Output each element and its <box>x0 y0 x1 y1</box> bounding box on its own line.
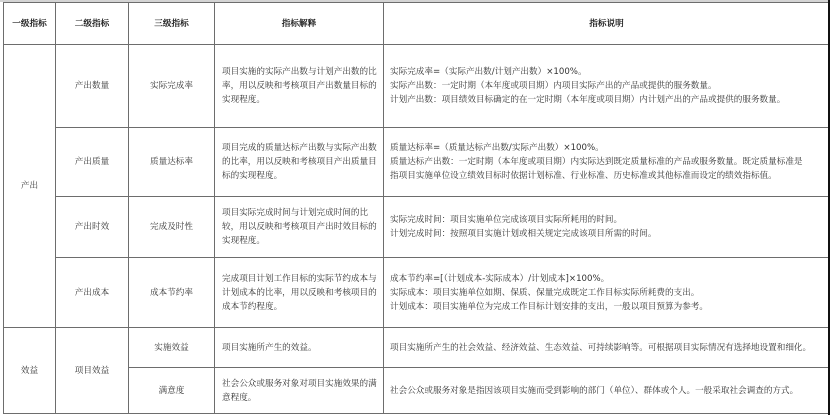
table-row: 产出成本 成本节约率 完成项目计划工作目标的实际节约成本与计划成本的比率，用以反… <box>4 258 830 328</box>
explanation-cell: 完成项目计划工作目标的实际节约成本与计划成本的比率，用以反映和考核项目的成本节约… <box>215 258 384 328</box>
explanation-cell: 项目完成的质量达标产出数与实际产出数的比率，用以反映和考核项目产出质量目标的实现… <box>215 128 384 197</box>
notes-cell: 成本节约率=[（计划成本-实际成本）/计划成本]×100%。 实际成本：项目实施… <box>384 258 830 328</box>
note-line: 计划成本：项目实施单位为完成工作目标计划安排的支出，一般以项目预算为参考。 <box>390 300 824 314</box>
level3-cell: 完成及时性 <box>129 197 215 258</box>
explanation-cell: 项目实施所产生的效益。 <box>215 328 384 368</box>
level2-cell: 项目效益 <box>56 328 129 414</box>
notes-cell: 质量达标率=（质量达标产出数/实际产出数）×100%。 质量达标产出数：一定时期… <box>384 128 830 197</box>
header-explanation: 指标解释 <box>215 3 384 45</box>
level2-cell: 产出数量 <box>56 45 129 128</box>
note-line: 实际产出数：一定时期（本年度或项目期）内项目实际产出的产品或提供的服务数量。 <box>390 79 824 93</box>
note-line: 指项目实施单位设立绩效目标时依据计划标准、行业标准、历史标准或其他标准而设定的绩… <box>390 169 824 183</box>
level1-cell-benefit: 效益 <box>4 328 56 414</box>
note-line: 成本节约率=[（计划成本-实际成本）/计划成本]×100%。 <box>390 272 824 286</box>
table-row: 产出质量 质量达标率 项目完成的质量达标产出数与实际产出数的比率，用以反映和考核… <box>4 128 830 197</box>
header-row: 一级指标 二级指标 三级指标 指标解释 指标说明 <box>4 3 830 45</box>
notes-cell: 实际完成时间：项目实施单位完成该项目实际所耗用的时间。 计划完成时间：按照项目实… <box>384 197 830 258</box>
explanation-cell: 项目实际完成时间与计划完成时间的比较，用以反映和考核项目产出时效目标的实现程度。 <box>215 197 384 258</box>
explanation-cell: 项目实施的实际产出数与计划产出数的比率，用以反映和考核项目产出数量目标的实现程度… <box>215 45 384 128</box>
level2-cell: 产出质量 <box>56 128 129 197</box>
note-line: 计划产出数：项目绩效目标确定的在一定时期（本年度或项目期）内计划产出的产品或提供… <box>390 93 824 107</box>
level1-cell-output: 产出 <box>4 45 56 328</box>
note-line: 计划完成时间：按照项目实施计划或相关规定完成该项目所需的时间。 <box>390 227 824 241</box>
note-line: 实际完成时间：项目实施单位完成该项目实际所耗用的时间。 <box>390 213 824 227</box>
table-row: 效益 项目效益 实施效益 项目实施所产生的效益。 项目实施所产生的社会效益、经济… <box>4 328 830 368</box>
note-line: 质量达标产出数：一定时期（本年度或项目期）内实际达到既定质量标准的产品或服务数量… <box>390 155 824 169</box>
notes-cell: 社会公众或服务对象是指因该项目实施而受到影响的部门（单位）、群体或个人。一般采取… <box>384 368 830 414</box>
notes-cell: 实际完成率=（实际产出数/计划产出数）×100%。 实际产出数：一定时期（本年度… <box>384 45 830 128</box>
level3-cell: 质量达标率 <box>129 128 215 197</box>
explanation-cell: 社会公众或服务对象对项目实施效果的满意程度。 <box>215 368 384 414</box>
note-line: 实际成本：项目实施单位如期、保质、保量完成既定工作目标实际所耗费的支出。 <box>390 286 824 300</box>
level3-cell: 满意度 <box>129 368 215 414</box>
level2-cell: 产出时效 <box>56 197 129 258</box>
note-line: 质量达标率=（质量达标产出数/实际产出数）×100%。 <box>390 141 824 155</box>
table-row: 产出 产出数量 实际完成率 项目实施的实际产出数与计划产出数的比率，用以反映和考… <box>4 45 830 128</box>
performance-indicator-table: 一级指标 二级指标 三级指标 指标解释 指标说明 产出 产出数量 实际完成率 项… <box>3 2 830 414</box>
header-level2: 二级指标 <box>56 3 129 45</box>
table-row: 产出时效 完成及时性 项目实际完成时间与计划完成时间的比较，用以反映和考核项目产… <box>4 197 830 258</box>
note-line: 实际完成率=（实际产出数/计划产出数）×100%。 <box>390 65 824 79</box>
header-level3: 三级指标 <box>129 3 215 45</box>
level2-cell: 产出成本 <box>56 258 129 328</box>
header-notes: 指标说明 <box>384 3 830 45</box>
level3-cell: 成本节约率 <box>129 258 215 328</box>
notes-cell: 项目实施所产生的社会效益、经济效益、生态效益、可持续影响等。可根据项目实际情况有… <box>384 328 830 368</box>
level3-cell: 实施效益 <box>129 328 215 368</box>
note-line: 社会公众或服务对象是指因该项目实施而受到影响的部门（单位）、群体或个人。一般采取… <box>390 384 824 398</box>
level3-cell: 实际完成率 <box>129 45 215 128</box>
header-level1: 一级指标 <box>4 3 56 45</box>
note-line: 项目实施所产生的社会效益、经济效益、生态效益、可持续影响等。可根据项目实际情况有… <box>390 341 824 355</box>
